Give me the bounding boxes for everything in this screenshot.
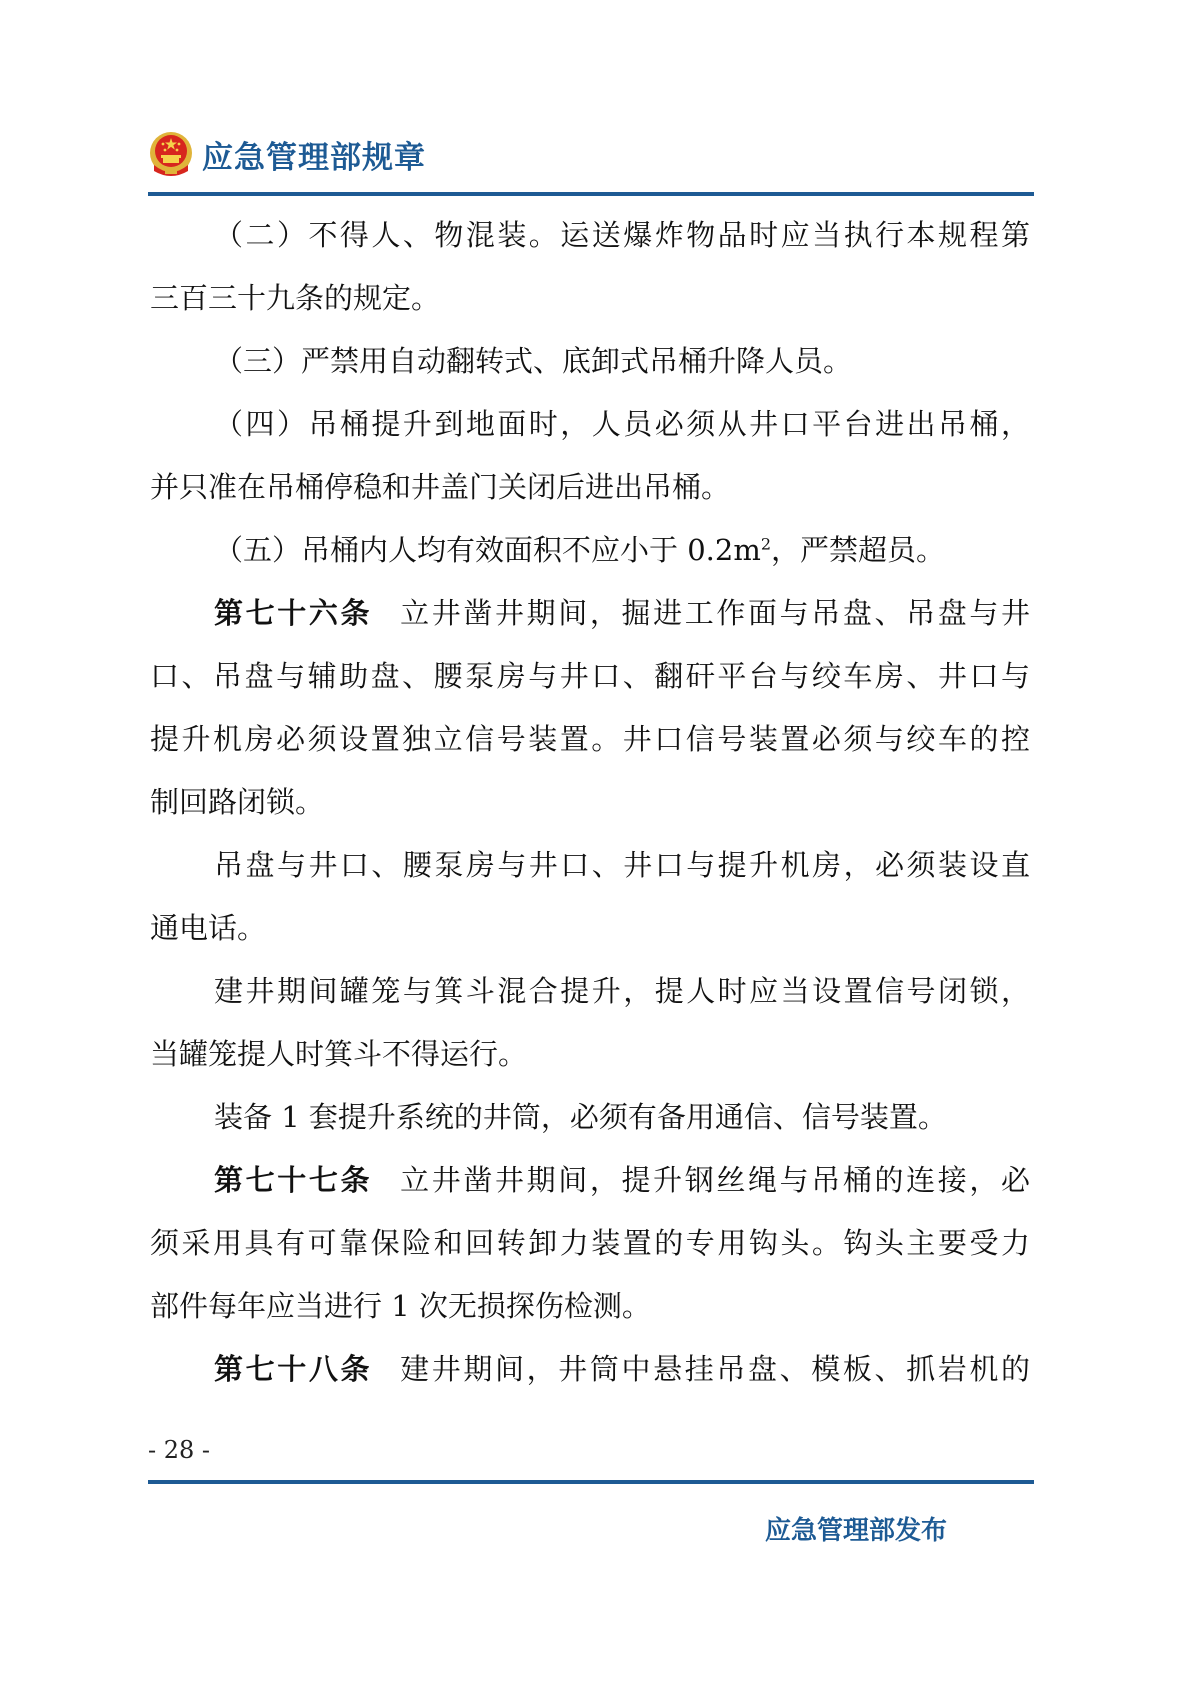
text-line: （四）吊桶提升到地面时，人员必须从井口平台进出吊桶， [214,404,1030,444]
text-segment: ，严禁超员。 [771,533,945,567]
text-line: 口、吊盘与辅助盘、腰泵房与井口、翻矸平台与绞车房、井口与 [150,656,1030,696]
text-line: 吊盘与井口、腰泵房与井口、井口与提升机房，必须装设直 [214,845,1030,885]
text-line: 制回路闭锁。 [150,782,1030,822]
article-76-line: 第七十六条立井凿井期间，掘进工作面与吊盘、吊盘与井 [214,593,1030,633]
article-78-line: 第七十八条建井期间，井筒中悬挂吊盘、模板、抓岩机的 [214,1349,1030,1389]
article-heading: 第七十七条 [214,1163,372,1197]
publisher-label: 应急管理部发布 [765,1510,947,1547]
text-line: 并只准在吊桶停稳和井盖门关闭后进出吊桶。 [150,467,1030,507]
page-number: - 28 - [148,1436,210,1464]
text-line: 建井期间罐笼与箕斗混合提升，提人时应当设置信号闭锁， [214,971,1030,1011]
text-line: 提升机房必须设置独立信号装置。井口信号装置必须与绞车的控 [150,719,1030,759]
text-line: 通电话。 [150,908,1030,948]
national-emblem-icon [148,129,194,179]
text-line: 装备 1 套提升系统的井筒，必须有备用通信、信号装置。 [214,1097,1030,1137]
header-divider [148,192,1034,196]
text-line: 须采用具有可靠保险和回转卸力装置的专用钩头。钩头主要受力 [150,1223,1030,1263]
header-title: 应急管理部规章 [202,132,426,177]
text-segment: 建井期间，井筒中悬挂吊盘、模板、抓岩机的 [400,1352,1030,1386]
text-line: 部件每年应当进行 1 次无损探伤检测。 [150,1286,1030,1326]
text-line: （三）严禁用自动翻转式、底卸式吊桶升降人员。 [214,341,1030,381]
article-heading: 第七十八条 [214,1352,372,1386]
text-segment: 立井凿井期间，提升钢丝绳与吊桶的连接，必 [400,1163,1030,1197]
text-line: 当罐笼提人时箕斗不得运行。 [150,1034,1030,1074]
text-line: （二）不得人、物混装。运送爆炸物品时应当执行本规程第 [214,215,1030,255]
text-line: （五）吊桶内人均有效面积不应小于 0.2m2，严禁超员。 [214,530,1030,570]
article-heading: 第七十六条 [214,596,372,630]
text-segment: （五）吊桶内人均有效面积不应小于 0.2m [214,533,761,567]
footer-divider [148,1480,1034,1484]
page-header: 应急管理部规章 [148,124,426,184]
text-line: 三百三十九条的规定。 [150,278,1030,318]
article-77-line: 第七十七条立井凿井期间，提升钢丝绳与吊桶的连接，必 [214,1160,1030,1200]
text-segment: 立井凿井期间，掘进工作面与吊盘、吊盘与井 [400,596,1030,630]
superscript: 2 [761,534,771,553]
